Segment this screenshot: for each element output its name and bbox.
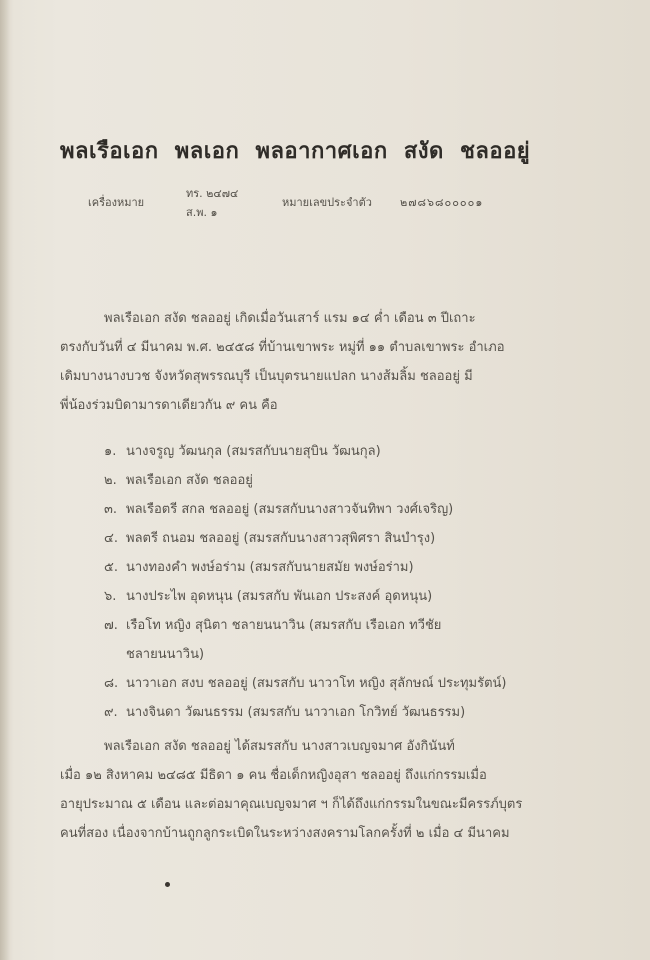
item-number: ๒. bbox=[104, 466, 126, 495]
item-number: ๘. bbox=[104, 669, 126, 698]
sibling-item: ๑.นางจรูญ วัฒนกุล (สมรสกับนายสุบิน วัฒนก… bbox=[104, 437, 584, 466]
sibling-item: ๖.นางประไพ อุดหนุน (สมรสกับ พันเอก ประสง… bbox=[104, 582, 584, 611]
decorations-label: เครื่องหมาย bbox=[88, 193, 144, 211]
biography-paragraph-2: พลเรือเอก สงัด ชลออยู่ ได้สมรสกับ นางสาว… bbox=[60, 732, 580, 848]
paragraph-line: คนที่สอง เนื่องจากบ้านถูกลูกระเบิดในระหว… bbox=[60, 819, 580, 848]
item-text: นางจรูญ วัฒนกุล (สมรสกับนายสุบิน วัฒนกุล… bbox=[126, 444, 381, 459]
decoration-value-2: ส.พ. ๑ bbox=[186, 203, 217, 221]
paragraph-line: ตรงกับวันที่ ๔ มีนาคม พ.ศ. ๒๔๕๘ ที่บ้านเ… bbox=[60, 333, 580, 362]
item-text: พลเรือตรี สกล ชลออยู่ (สมรสกับนางสาวจันท… bbox=[126, 502, 453, 517]
sibling-item: ๕.นางทองคำ พงษ์อร่าม (สมรสกับนายสมัย พงษ… bbox=[104, 553, 584, 582]
sibling-item: ๓.พลเรือตรี สกล ชลออยู่ (สมรสกับนางสาวจั… bbox=[104, 495, 584, 524]
decoration-value-1: ทร. ๒๔๗๔ bbox=[186, 184, 238, 202]
item-number: ๓. bbox=[104, 495, 126, 524]
book-gutter-shadow bbox=[0, 0, 10, 960]
item-text: นาวาเอก สงบ ชลออยู่ (สมรสกับ นาวาโท หญิง… bbox=[126, 676, 506, 691]
item-number: ๔. bbox=[104, 524, 126, 553]
item-number: ๙. bbox=[104, 698, 126, 727]
id-number-value: ๒๗๘๖๘๐๐๐๐๑ bbox=[400, 193, 483, 211]
page-title: พลเรือเอก พลเอก พลอากาศเอก สงัด ชลออยู่ bbox=[60, 133, 600, 168]
document-page: พลเรือเอก พลเอก พลอากาศเอก สงัด ชลออยู่ … bbox=[0, 0, 650, 960]
item-text: นางทองคำ พงษ์อร่าม (สมรสกับนายสมัย พงษ์อ… bbox=[126, 560, 414, 575]
item-text: พลเรือเอก สงัด ชลออยู่ bbox=[126, 473, 253, 488]
item-text: นางจินดา วัฒนธรรม (สมรสกับ นาวาเอก โกวิท… bbox=[126, 705, 465, 720]
sibling-item: ๔.พลตรี ถนอม ชลออยู่ (สมรสกับนางสาวสุพิศ… bbox=[104, 524, 584, 553]
item-number: ๗. bbox=[104, 611, 126, 640]
sibling-item-continuation: ชลายนนาวิน) bbox=[104, 640, 584, 669]
id-number-label: หมายเลขประจำตัว bbox=[282, 193, 372, 211]
item-text: เรือโท หญิง สุนิตา ชลายนนาวิน (สมรสกับ เ… bbox=[126, 618, 441, 633]
item-number: ๑. bbox=[104, 437, 126, 466]
item-text: นางประไพ อุดหนุน (สมรสกับ พันเอก ประสงค์… bbox=[126, 589, 432, 604]
sibling-item: ๒.พลเรือเอก สงัด ชลออยู่ bbox=[104, 466, 584, 495]
biography-paragraph-1: พลเรือเอก สงัด ชลออยู่ เกิดเมื่อวันเสาร์… bbox=[60, 304, 580, 420]
paragraph-line: พลเรือเอก สงัด ชลออยู่ ได้สมรสกับ นางสาว… bbox=[60, 732, 580, 761]
paragraph-line: พลเรือเอก สงัด ชลออยู่ เกิดเมื่อวันเสาร์… bbox=[60, 304, 580, 333]
paragraph-line: เมื่อ ๑๒ สิงหาคม ๒๔๘๕ มีธิดา ๑ คน ชื่อเด… bbox=[60, 761, 580, 790]
sibling-item: ๗.เรือโท หญิง สุนิตา ชลายนนาวิน (สมรสกับ… bbox=[104, 611, 584, 640]
sibling-item: ๘.นาวาเอก สงบ ชลออยู่ (สมรสกับ นาวาโท หญ… bbox=[104, 669, 584, 698]
sibling-item: ๙.นางจินดา วัฒนธรรม (สมรสกับ นาวาเอก โกว… bbox=[104, 698, 584, 727]
siblings-list: ๑.นางจรูญ วัฒนกุล (สมรสกับนายสุบิน วัฒนก… bbox=[104, 437, 584, 727]
paragraph-line: พี่น้องร่วมบิดามารดาเดียวกัน ๙ คน คือ bbox=[60, 391, 580, 420]
ink-dot-mark bbox=[165, 882, 170, 887]
item-text: พลตรี ถนอม ชลออยู่ (สมรสกับนางสาวสุพิศรา… bbox=[126, 531, 435, 546]
item-number: ๕. bbox=[104, 553, 126, 582]
paragraph-line: เดิมบางนางบวช จังหวัดสุพรรณบุรี เป็นบุตร… bbox=[60, 362, 580, 391]
item-number: ๖. bbox=[104, 582, 126, 611]
paragraph-line: อายุประมาณ ๕ เดือน และต่อมาคุณเบญจมาศ ฯ … bbox=[60, 790, 580, 819]
